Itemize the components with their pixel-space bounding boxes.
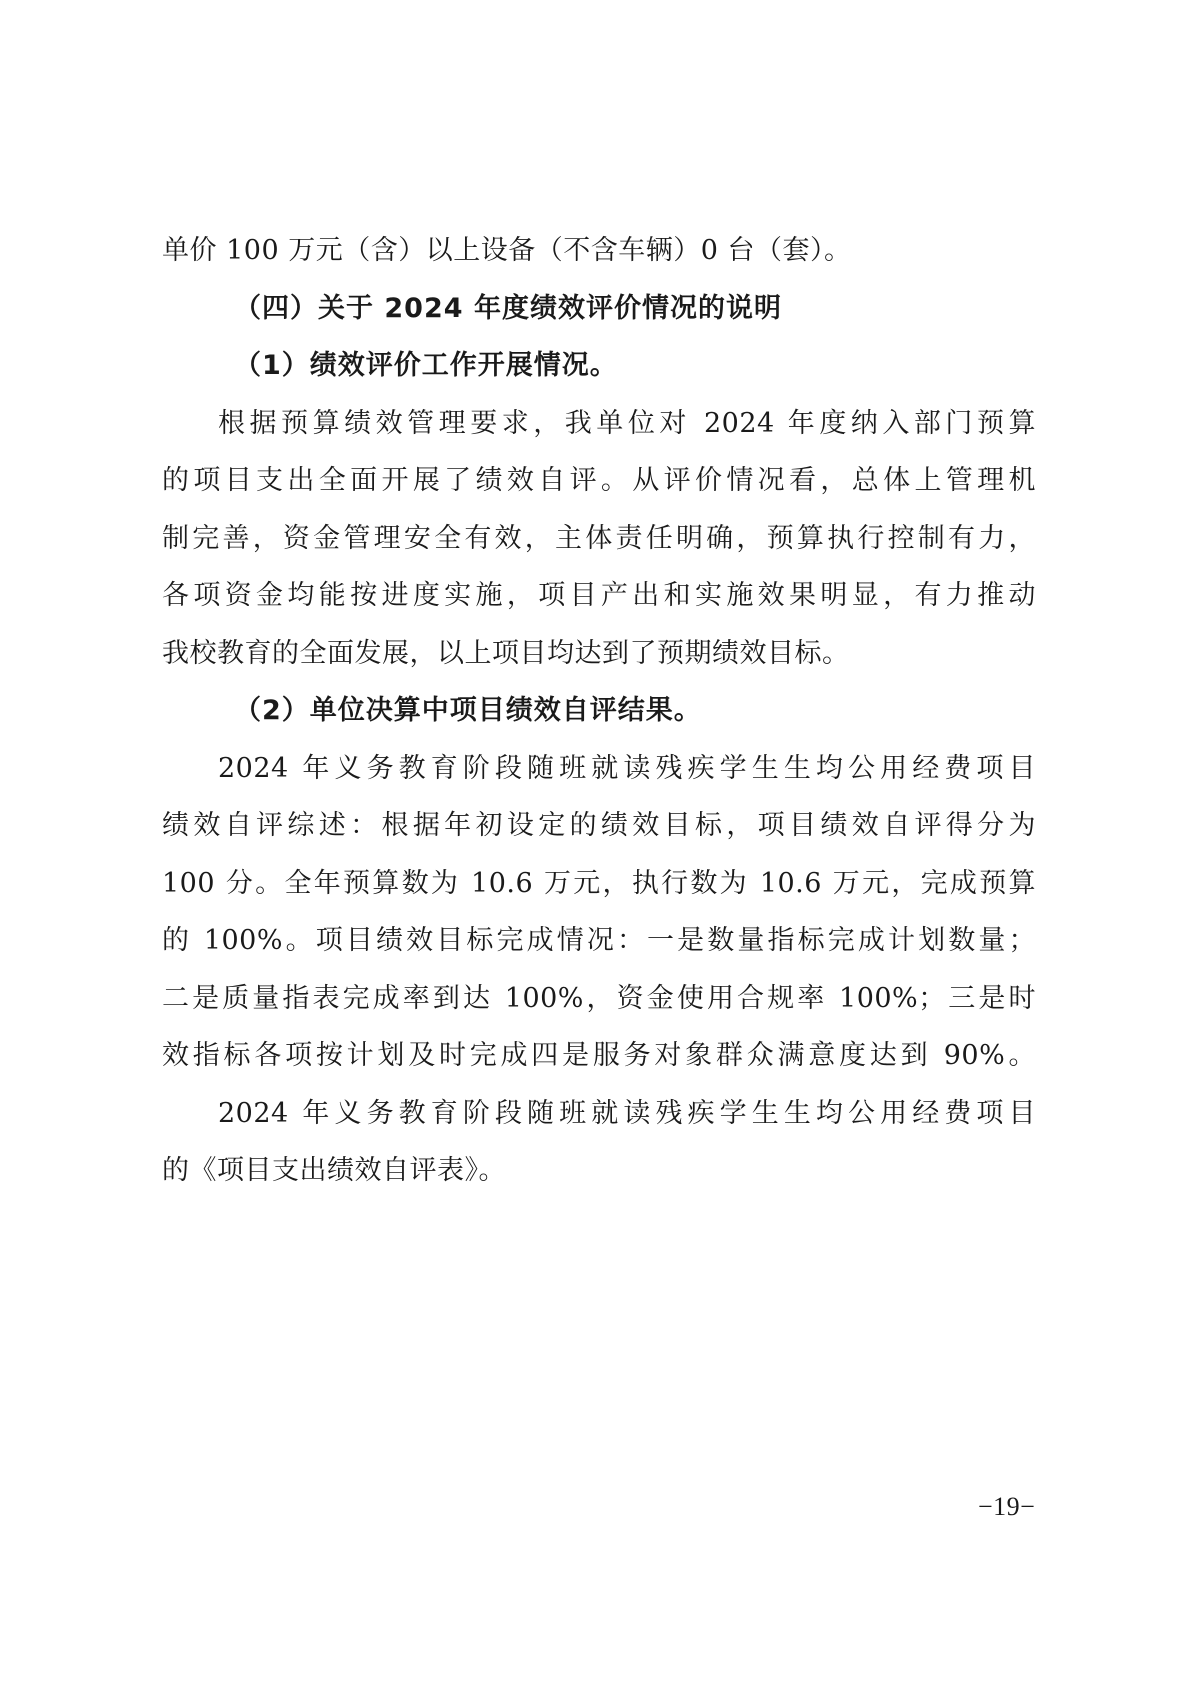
paragraph-line: 效指标各项按计划及时完成四是服务对象群众满意度达到 90%。	[162, 1027, 1036, 1085]
paragraph-line: 制完善，资金管理安全有效，主体责任明确，预算执行控制有力，	[162, 510, 1036, 568]
paragraph-line: 根据预算绩效管理要求，我单位对 2024 年度纳入部门预算	[162, 395, 1036, 453]
paragraph-line: 绩效自评综述：根据年初设定的绩效目标，项目绩效自评得分为	[162, 797, 1036, 855]
subheading-self-evaluation-results: （2）单位决算中项目绩效自评结果。	[162, 682, 1036, 740]
paragraph-line: 2024 年义务教育阶段随班就读残疾学生生均公用经费项目	[162, 740, 1036, 798]
section-heading-performance-evaluation: （四）关于 2024 年度绩效评价情况的说明	[162, 280, 1036, 338]
paragraph-line: 100 分。全年预算数为 10.6 万元，执行数为 10.6 万元，完成预算	[162, 855, 1036, 913]
paragraph-line: 各项资金均能按进度实施，项目产出和实施效果明显，有力推动	[162, 567, 1036, 625]
document-page: 单价 100 万元（含）以上设备（不含车辆）0 台（套）。 （四）关于 2024…	[0, 0, 1190, 1683]
paragraph-line: 的《项目支出绩效自评表》。	[162, 1142, 1036, 1200]
document-body: 单价 100 万元（含）以上设备（不含车辆）0 台（套）。 （四）关于 2024…	[162, 222, 1036, 1200]
paragraph-line: 的 100%。项目绩效目标完成情况：一是数量指标完成计划数量；	[162, 912, 1036, 970]
subheading-evaluation-work: （1）绩效评价工作开展情况。	[162, 337, 1036, 395]
paragraph-line: 的项目支出全面开展了绩效自评。从评价情况看，总体上管理机	[162, 452, 1036, 510]
paragraph-line-equipment: 单价 100 万元（含）以上设备（不含车辆）0 台（套）。	[162, 222, 1036, 280]
paragraph-line: 我校教育的全面发展，以上项目均达到了预期绩效目标。	[162, 625, 1036, 683]
paragraph-line: 2024 年义务教育阶段随班就读残疾学生生均公用经费项目	[162, 1085, 1036, 1143]
page-number: −19−	[978, 1492, 1035, 1522]
paragraph-line: 二是质量指表完成率到达 100%，资金使用合规率 100%；三是时	[162, 970, 1036, 1028]
